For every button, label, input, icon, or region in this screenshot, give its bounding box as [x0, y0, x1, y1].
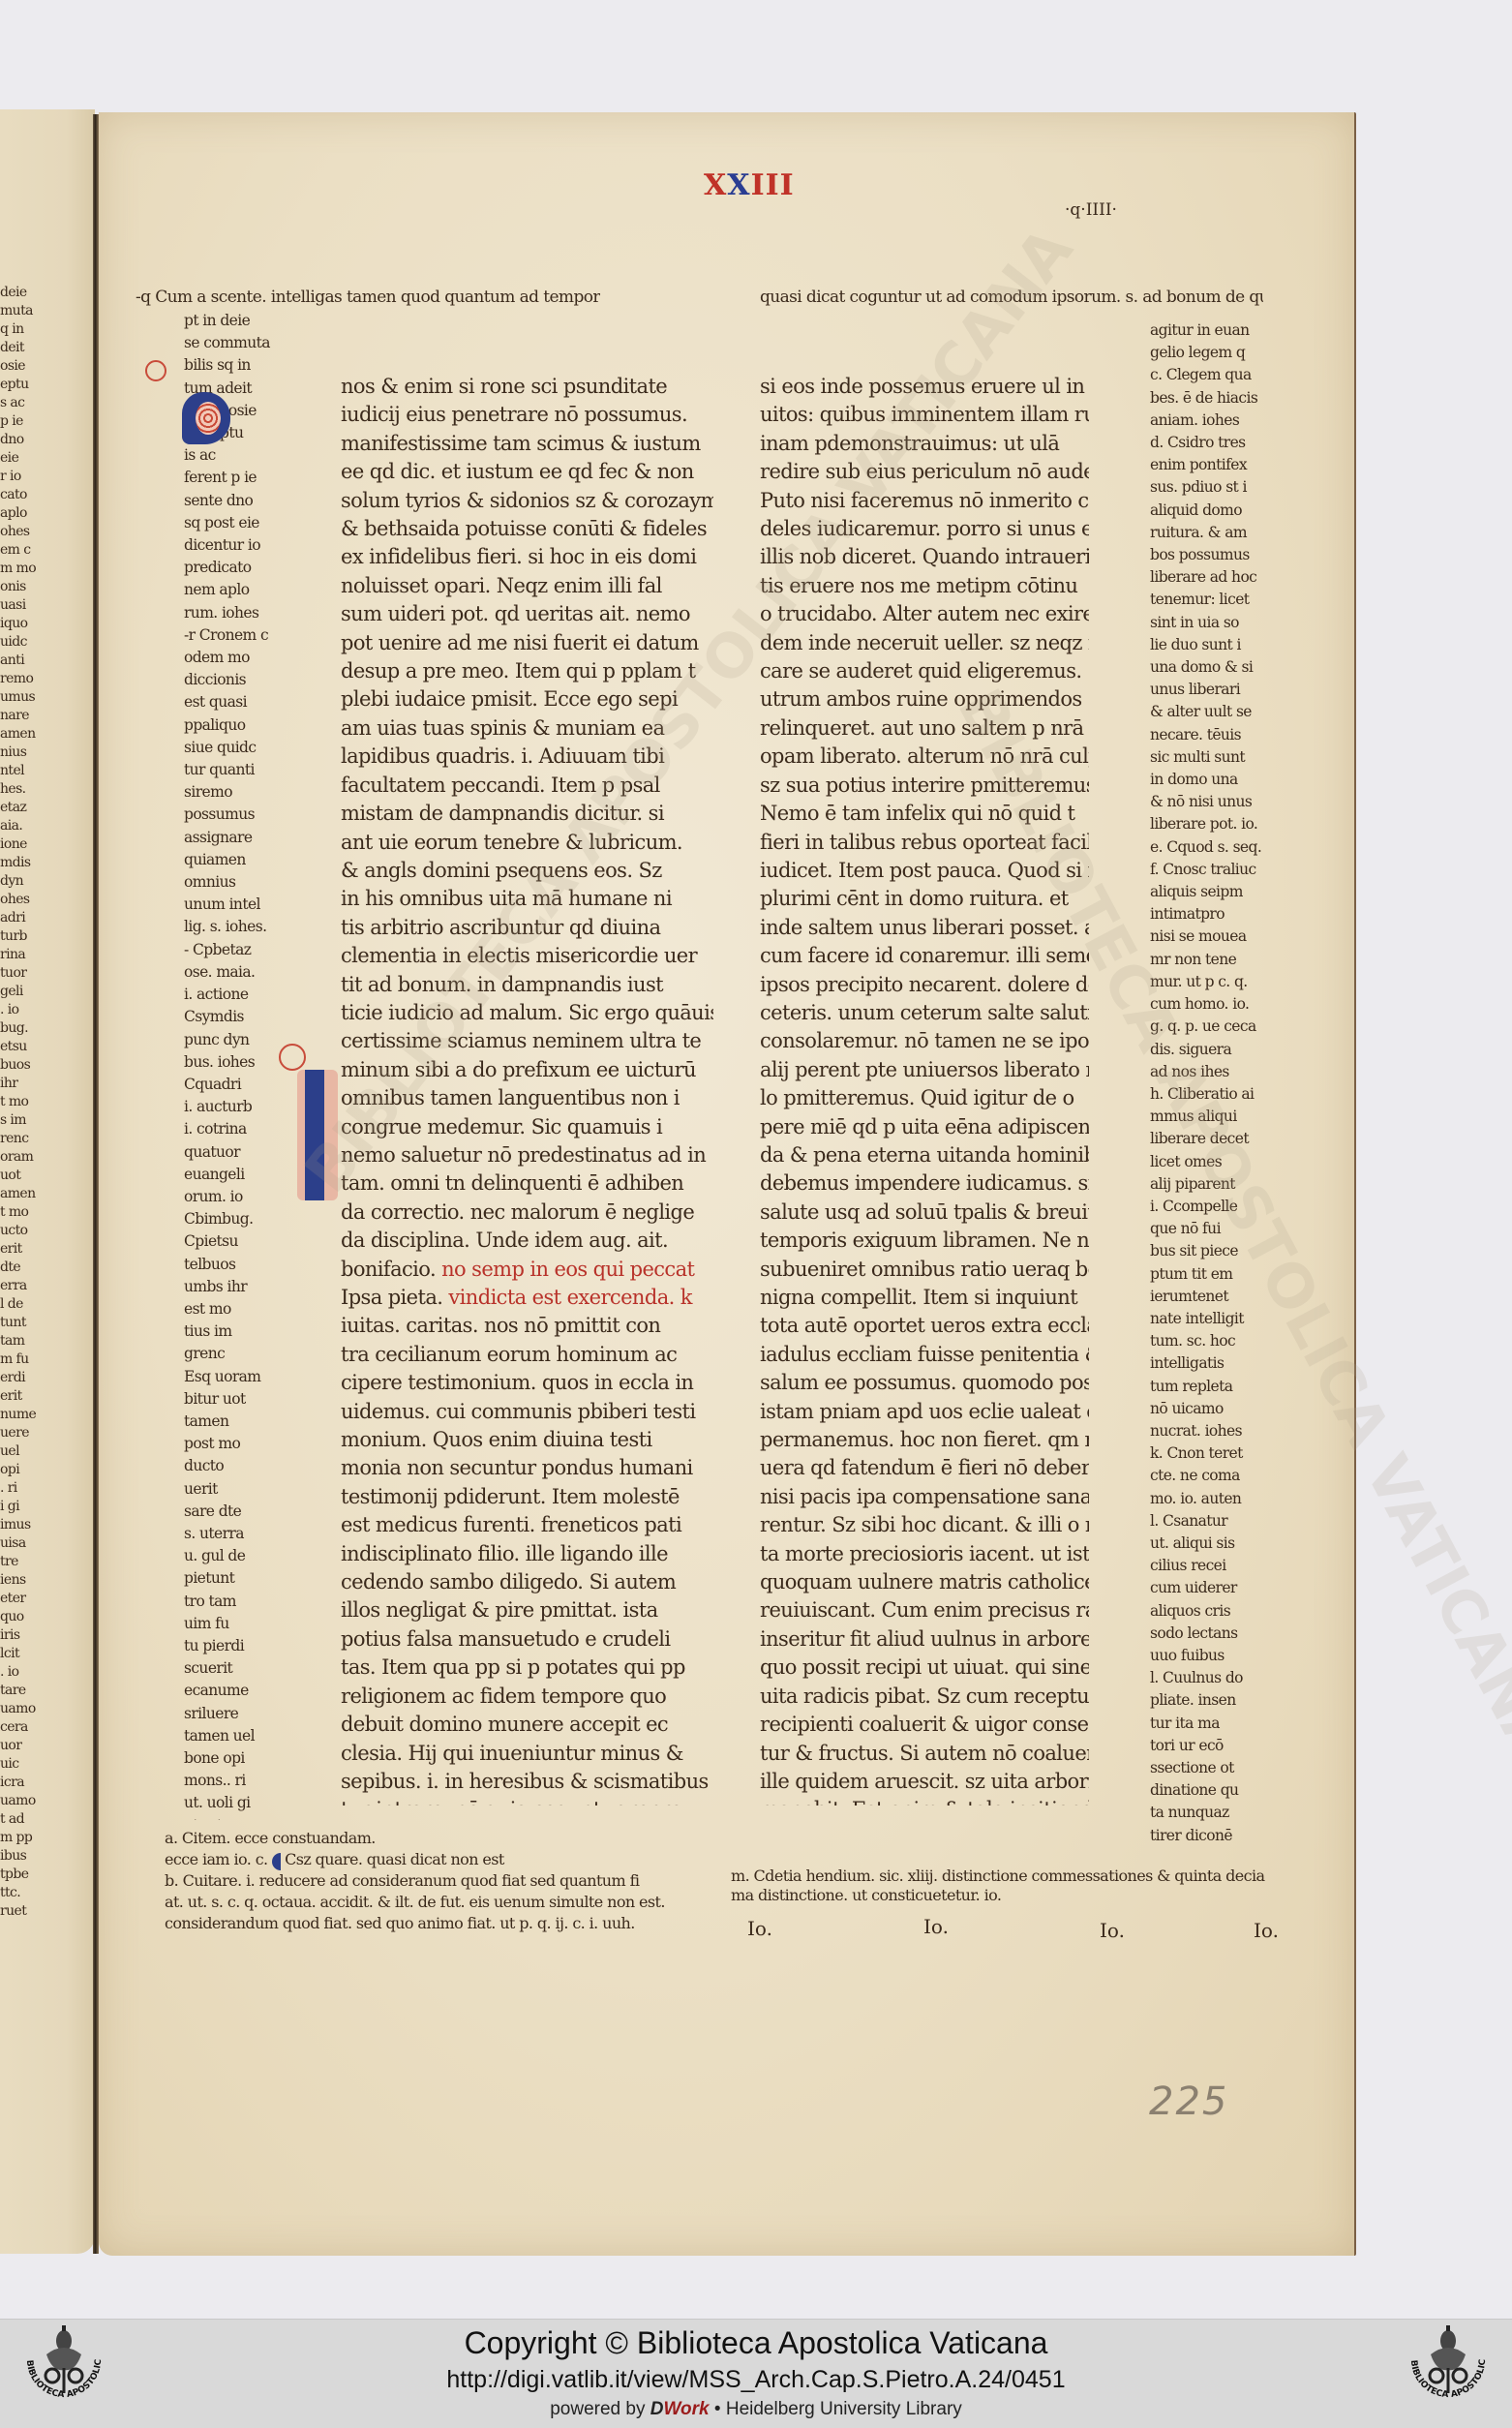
gloss-line: aliquis seipm: [1150, 881, 1264, 903]
facing-text-line: r io: [0, 468, 56, 486]
gloss-line: gelio legem q: [1150, 342, 1264, 364]
facing-text-line: uamo: [0, 1700, 56, 1718]
gloss-line: scuerit: [184, 1657, 290, 1680]
viewer-footer: Copyright © Biblioteca Apostolica Vatica…: [0, 2319, 1512, 2428]
gloss-line: f. Cnosc traliuc: [1150, 859, 1264, 881]
gloss-line: orum. io: [184, 1186, 290, 1208]
facing-page-left: deiemutaq indeitosieeptus acp ie dno eie…: [0, 109, 95, 2254]
facing-text-line: q in: [0, 320, 56, 339]
facing-text-line: buos: [0, 1056, 56, 1075]
gloss-line: nō uicamo: [1150, 1398, 1264, 1420]
gloss-line: ut. aliqui sis: [1150, 1533, 1264, 1555]
facing-text-line: ione: [0, 835, 56, 854]
gloss-m-line-1: m. Cdetia hendium. sic. xliij. distincti…: [731, 1867, 1273, 1886]
gloss-line: odem mo: [184, 647, 290, 669]
gloss-line: siremo: [184, 781, 290, 804]
facing-text-line: tre: [0, 1553, 56, 1571]
text-line: permanemus. hoc non fieret. qm re: [760, 1426, 1089, 1454]
facing-text-line: uor: [0, 1737, 56, 1755]
gloss-line: mr non tene: [1150, 949, 1264, 971]
facing-text-line: i gi: [0, 1498, 56, 1516]
gloss-line: aniam. iohes: [1150, 410, 1264, 432]
facing-text-line: anti: [0, 652, 56, 670]
facing-text-line: uasi: [0, 596, 56, 615]
text-line: illos negligat & pire pmittat. ista: [341, 1596, 713, 1624]
facing-text-line: s im: [0, 1111, 56, 1130]
gloss-line: sus. pdiuo st i: [1150, 476, 1264, 499]
gloss-line: unum intel: [184, 894, 290, 916]
text-line: cipere testimonium. quos in eccla in: [341, 1369, 713, 1397]
facing-text-line: m fu: [0, 1351, 56, 1369]
facing-text-line: em c: [0, 541, 56, 560]
facing-text-line: m pp: [0, 1829, 56, 1847]
facing-text-line: uot: [0, 1167, 56, 1185]
facing-text-line: iens: [0, 1571, 56, 1590]
gloss-line: diccionis: [184, 669, 290, 691]
gloss-line: uerit: [184, 1478, 290, 1501]
text-line: & bethsaida potuisse conūti & fideles: [341, 515, 713, 543]
gloss-line: - Cpbetaz: [184, 939, 290, 961]
vatican-library-seal-right: BIBLIOTECA APOSTOLICA VATICANA: [1404, 2322, 1493, 2426]
gloss-line: nucrat. iohes: [1150, 1420, 1264, 1442]
text-line: bonifacio. no semp in eos qui peccat: [341, 1256, 713, 1284]
text-line: rentur. Sz sibi hoc dicant. & illi o ma: [760, 1511, 1089, 1539]
facing-text-line: uamo: [0, 1792, 56, 1810]
facing-text-line: amen: [0, 1185, 56, 1203]
gloss-line: sriluere: [184, 1703, 290, 1725]
text-line: utrum ambos ruine opprimendos: [760, 685, 1089, 713]
facing-text-line: ruet: [0, 1902, 56, 1921]
text-line: desup a pre meo. Item qui p pplam t: [341, 657, 713, 685]
facing-text-line: s ac: [0, 394, 56, 412]
gloss-a-c-line: ecce iam io. c. Csz quare. quasi dicat n…: [165, 1849, 726, 1870]
gloss-line: tum. sc. hoc: [1150, 1330, 1264, 1352]
facing-text-line: dno: [0, 431, 56, 449]
gloss-line: Cbimbug.: [184, 1208, 290, 1230]
powered-by-line: powered by DWork • Heidelberg University…: [0, 2399, 1512, 2420]
text-line: ipsos precipito necarent. dolere de: [760, 971, 1089, 999]
pencil-folio-number: 225: [1149, 2079, 1228, 2124]
facing-text-line: eie: [0, 449, 56, 468]
facing-text-line: tuor: [0, 964, 56, 983]
facing-text-line: lcit: [0, 1645, 56, 1663]
facing-text-line: . io: [0, 1001, 56, 1019]
facing-text-line: tpbe: [0, 1866, 56, 1884]
gloss-line: tamen uel: [184, 1725, 290, 1747]
gloss-b-line-3: considerandum quod fiat. sed quo animo f…: [165, 1913, 726, 1934]
text-line: monium. Quos enim diuina testi: [341, 1426, 713, 1454]
facing-text-line: quo: [0, 1608, 56, 1626]
text-line: ee qd dic. et iustum ee qd fec & non: [341, 458, 713, 486]
rubric-text: no semp in eos qui peccat: [436, 1258, 694, 1281]
gloss-line: pt in deie: [184, 310, 290, 332]
gloss-line: predicato: [184, 557, 290, 579]
text-line: cum facere id conaremur. illi semet: [760, 942, 1089, 970]
gloss-line: uia simus: [184, 1815, 290, 1820]
facing-text-line: ihr: [0, 1075, 56, 1093]
facing-text-line: iquo: [0, 615, 56, 633]
facing-text-line: uidc: [0, 633, 56, 652]
gloss-line: -r Cronem c: [184, 624, 290, 647]
gloss-line: enim pontifex: [1150, 454, 1264, 476]
gloss-line: aliquid domo: [1150, 500, 1264, 522]
facing-text-line: osie: [0, 357, 56, 376]
gloss-line: l. Cuulnus do: [1150, 1667, 1264, 1689]
facing-text-line: t mo: [0, 1093, 56, 1111]
facing-text-line: dyn: [0, 872, 56, 891]
gloss-line: ecanume: [184, 1680, 290, 1702]
initial-flourish: [145, 360, 166, 381]
gloss-line: dicentur io: [184, 534, 290, 557]
gloss-line: bos possumus: [1150, 544, 1264, 566]
gloss-line: est quasi: [184, 691, 290, 713]
gloss-line: quiamen: [184, 849, 290, 871]
facing-text-line: tare: [0, 1682, 56, 1700]
text-line: nemo saluetur nō predestinatus ad in: [341, 1141, 713, 1169]
gloss-line: ut. uoli gi: [184, 1792, 290, 1814]
gloss-line: e. Cquod s. seq.: [1150, 836, 1264, 859]
gloss-line: u. gul de: [184, 1545, 290, 1567]
gloss-line: unus liberari: [1150, 679, 1264, 701]
gloss-line: tori ur ecō: [1150, 1735, 1264, 1757]
text-line: nigna compellit. Item si inquiunt: [760, 1284, 1089, 1312]
facing-text-line: hes.: [0, 780, 56, 799]
text-line: ille quidem aruescit. sz uita arboris p: [760, 1768, 1089, 1796]
text-line: monia non secuntur pondus humani: [341, 1454, 713, 1482]
facing-text-line: ucto: [0, 1222, 56, 1240]
gloss-line: pliate. insen: [1150, 1689, 1264, 1712]
facing-text-line: iris: [0, 1626, 56, 1645]
folio-mark: ·q·IIII·: [1065, 200, 1117, 220]
gloss-line: ppaliquo: [184, 714, 290, 737]
facing-text-line: tam: [0, 1332, 56, 1351]
gloss-line: sare dte: [184, 1501, 290, 1523]
siglum-4: Io.: [1254, 1919, 1279, 1942]
facing-text-line: cera: [0, 1718, 56, 1737]
facing-text-line: rina: [0, 946, 56, 964]
text-line: religionem ac fidem tempore quo: [341, 1683, 713, 1711]
facing-text-line: nius: [0, 744, 56, 762]
gloss-line: & nō nisi unus: [1150, 791, 1264, 813]
siglum-3: Io.: [1100, 1919, 1125, 1942]
top-gloss-left: -q Cum a scente. intelligas tamen quod q…: [136, 287, 600, 309]
initial-flourish-2: [279, 1044, 306, 1071]
text-line: cedendo sambo diligedo. Si autem: [341, 1568, 713, 1596]
text-line: dem inde neceruit ueller. sz neqz ne: [760, 629, 1089, 657]
gloss-line: bes. ē de hiacis: [1150, 387, 1264, 410]
top-gloss-left-text: -q Cum a scente. intelligas tamen quod q…: [136, 288, 600, 307]
gloss-line: aliquos cris: [1150, 1600, 1264, 1623]
gloss-a: a. Citem. ecce constuandam.: [165, 1828, 726, 1849]
facing-text-line: oram: [0, 1148, 56, 1167]
permalink-url[interactable]: http://digi.vatlib.it/view/MSS_Arch.Cap.…: [0, 2366, 1512, 2394]
text-line: uita radicis pibat. Sz cum receptus: [760, 1683, 1089, 1711]
text-line: ex infidelibus fieri. si hoc in eis domi: [341, 543, 713, 571]
gloss-line: est mo: [184, 1298, 290, 1320]
text-line: potius falsa mansuetudo e crudeli: [341, 1625, 713, 1654]
gloss-line: nisi se mouea: [1150, 926, 1264, 948]
bottom-gloss-left: a. Citem. ecce constuandam. ecce iam io.…: [165, 1828, 726, 1944]
gloss-line: tirer diconē: [1150, 1825, 1264, 1847]
text-line: tra cecilianum eorum hominum ac: [341, 1341, 713, 1369]
facing-text-line: . ri: [0, 1479, 56, 1498]
gloss-line: tro tam: [184, 1591, 290, 1613]
facing-text-line: adri: [0, 909, 56, 927]
gloss-line: ose. maia.: [184, 961, 290, 984]
facing-text-line: erit: [0, 1240, 56, 1259]
dwork-rest: Work: [663, 2399, 709, 2419]
text-line: sum uideri pot. qd ueritas ait. nemo: [341, 600, 713, 628]
text-line: iadulus eccliam fuisse penitentia &: [760, 1341, 1089, 1369]
text-line: recipienti coaluerit & uigor conseq: [760, 1711, 1089, 1739]
facing-text-line: nare: [0, 707, 56, 725]
gloss-line: cilius recei: [1150, 1555, 1264, 1577]
gloss-line: mons.. ri: [184, 1770, 290, 1792]
facing-text-line: uisa: [0, 1534, 56, 1553]
facing-text-line: uel: [0, 1442, 56, 1461]
gloss-line: euangeli: [184, 1164, 290, 1186]
gloss-line: ierumtenet: [1150, 1286, 1264, 1308]
facing-text-line: remo: [0, 670, 56, 688]
gloss-line: tamen: [184, 1411, 290, 1433]
gloss-line: ruitura. & am: [1150, 522, 1264, 544]
gloss-line: ducto: [184, 1455, 290, 1477]
blue-paragraph-mark-icon: [272, 1853, 281, 1870]
facing-text-line: muta: [0, 302, 56, 320]
text-line: ceteris. unum ceterum salte saluti: [760, 999, 1089, 1027]
gloss-line: sente dno: [184, 490, 290, 512]
facing-text-line: ntel: [0, 762, 56, 780]
gloss-line: dinatione qu: [1150, 1779, 1264, 1802]
text-line: salute usq ad soluū tpalis & breuitatis: [760, 1199, 1089, 1227]
gloss-line: umbs ihr: [184, 1276, 290, 1298]
gloss-line: sq post eie: [184, 512, 290, 534]
facing-page-text: deiemutaq indeitosieeptus acp ie dno eie…: [0, 284, 56, 1949]
facing-text-line: nume: [0, 1406, 56, 1424]
text-line: alij perent pte uniuersos liberato nō: [760, 1056, 1089, 1084]
gloss-line: punc dyn: [184, 1029, 290, 1051]
gloss-line: in domo una: [1150, 769, 1264, 791]
facing-text-line: etaz: [0, 799, 56, 817]
gloss-line: tius im: [184, 1320, 290, 1343]
facing-text-line: cato: [0, 486, 56, 504]
facing-text-line: deie: [0, 284, 56, 302]
gloss-b-line-2: at. ut. s. c. q. octaua. accidit. & ilt.…: [165, 1892, 726, 1913]
text-line: nisi pacis ipa compensatione sana: [760, 1483, 1089, 1511]
gloss-line: agitur in euan: [1150, 319, 1264, 342]
text-line: tur & fructus. Si autem nō coaluerit.: [760, 1740, 1089, 1768]
gloss-line: uim fu: [184, 1613, 290, 1635]
facing-text-line: l de: [0, 1295, 56, 1314]
gloss-line: tur ita ma: [1150, 1713, 1264, 1735]
facing-text-line: icra: [0, 1774, 56, 1792]
gloss-line: bilis sq in: [184, 354, 290, 377]
text-line: solum tyrios & sidonios sz & corozaym: [341, 487, 713, 515]
dwork-logo[interactable]: DWork: [650, 2399, 710, 2419]
header-numeral-red-2: III: [751, 168, 795, 202]
gloss-line: k. Cnon teret: [1150, 1442, 1264, 1465]
gloss-line: assignare: [184, 827, 290, 849]
gloss-b-line-1: b. Cuitare. i. reducere ad consideranum …: [165, 1870, 726, 1892]
text-line: lo pmitteremus. Quid igitur de o: [760, 1084, 1089, 1112]
text-line: manifestissime tam scimus & iustum: [341, 430, 713, 458]
gloss-line: sodo lectans: [1150, 1623, 1264, 1645]
rubric-text: vindicta est exercenda. k: [442, 1286, 692, 1309]
facing-text-line: ttc.: [0, 1884, 56, 1902]
facing-text-line: mdis: [0, 854, 56, 872]
gloss-line: lie duo sunt i: [1150, 634, 1264, 656]
gloss-line: nate intelligit: [1150, 1308, 1264, 1330]
text-line: debuit domino munere accepit ec: [341, 1711, 713, 1739]
text-line: relinqueret. aut uno saltem p nrā: [760, 714, 1089, 743]
text-line: noluisset opari. Neqz enim illi fal: [341, 572, 713, 600]
text-line: temporis exiguum libramen. Ne nos: [760, 1227, 1089, 1255]
facing-text-line: m mo: [0, 560, 56, 578]
gloss-line: necare. tēuis: [1150, 724, 1264, 746]
text-line: iuitas. caritas. nos nō pmittit con: [341, 1312, 713, 1340]
facing-text-line: . io: [0, 1663, 56, 1682]
gloss-line: cum uiderer: [1150, 1577, 1264, 1599]
powered-suffix: • Heidelberg University Library: [710, 2399, 962, 2419]
facing-text-line: etsu: [0, 1038, 56, 1056]
facing-text-line: aia.: [0, 817, 56, 835]
header-numeral-blue: X: [727, 168, 750, 202]
text-line: debemus impendere iudicamus. si p: [760, 1169, 1089, 1198]
text-line: tit ad bonum. in dampnandis iust: [341, 971, 713, 999]
gloss-line: tu pierdi: [184, 1635, 290, 1657]
gloss-line: bus. iohes: [184, 1051, 290, 1074]
gloss-line: pietunt: [184, 1567, 290, 1590]
gloss-line: & alter uult se: [1150, 701, 1264, 723]
gloss-c: Csz quare. quasi dicat non est: [285, 1850, 504, 1868]
text-line: manebit. Est enim & tale insitiendi: [760, 1796, 1089, 1806]
gloss-line: s. uterra: [184, 1523, 290, 1545]
text-line: inde saltem unus liberari posset. ap: [760, 914, 1089, 942]
gloss-line: Cpietsu: [184, 1230, 290, 1253]
gloss-line: quatuor: [184, 1141, 290, 1164]
gloss-line: sint in uia so: [1150, 612, 1264, 634]
gloss-line: c. Clegem qua: [1150, 364, 1264, 386]
gloss-line: i. actione: [184, 984, 290, 1006]
gloss-line: liberare ad hoc: [1150, 566, 1264, 589]
facing-text-line: imus: [0, 1516, 56, 1534]
facing-text-line: t ad: [0, 1810, 56, 1829]
text-line: reuiuiscant. Cum enim precisus ramus: [760, 1596, 1089, 1624]
facing-text-line: uere: [0, 1424, 56, 1442]
facing-text-line: tunt: [0, 1314, 56, 1332]
text-line: da & pena eterna uitanda hominibus: [760, 1141, 1089, 1169]
text-line: quo possit recipi ut uiuat. qui sine: [760, 1654, 1089, 1682]
gloss-line: possumus: [184, 804, 290, 826]
gloss-line: tur quanti: [184, 759, 290, 781]
decorated-initial-d: [182, 392, 230, 444]
gloss-line: mo. io. auten: [1150, 1488, 1264, 1510]
gloss-line: is ac: [184, 444, 290, 467]
gloss-a-cont: ecce iam io. c.: [165, 1850, 268, 1868]
vatican-library-seal-left: BIBLIOTECA APOSTOLICA VATICANA: [19, 2322, 108, 2426]
facing-text-line: bug.: [0, 1019, 56, 1038]
header-numeral-red: X: [704, 168, 727, 202]
facing-text-line: erdi: [0, 1369, 56, 1387]
powered-prefix: powered by: [550, 2399, 650, 2419]
facing-text-line: ohes: [0, 891, 56, 909]
text-line: pot uenire ad me nisi fuerit ei datum: [341, 629, 713, 657]
gloss-line: uuo fuibus: [1150, 1645, 1264, 1667]
gloss-line: lig. s. iohes.: [184, 916, 290, 938]
papal-coat-of-arms-icon: BIBLIOTECA APOSTOLICA VATICANA: [1404, 2322, 1493, 2426]
gloss-line: telbuos: [184, 1254, 290, 1276]
gloss-line: post mo: [184, 1433, 290, 1455]
text-line: tas. Item qua pp si p potates qui pp: [341, 1654, 713, 1682]
facing-text-line: eter: [0, 1590, 56, 1608]
text-line: pere miē qd p uita eēna adipiscen: [760, 1113, 1089, 1141]
text-line: istam pniam apd uos eclie ualeat epī: [760, 1398, 1089, 1426]
gloss-line: bone opi: [184, 1747, 290, 1770]
facing-text-line: umus: [0, 688, 56, 707]
text-line: salum ee possumus. quomodo post: [760, 1369, 1089, 1397]
facing-text-line: ibus: [0, 1847, 56, 1866]
text-line: iudicij eius penetrare nō possumus.: [341, 401, 713, 429]
gloss-line: tum repleta: [1150, 1376, 1264, 1398]
gloss-line: i. aucturb: [184, 1096, 290, 1118]
gloss-line: ore uuluera: [1150, 1847, 1264, 1849]
gloss-line: Csymdis: [184, 1006, 290, 1028]
text-line: indisciplinato filio. ille ligando ille: [341, 1540, 713, 1568]
text-line: quoquam uulnere matris catholice: [760, 1568, 1089, 1596]
gloss-line: omnius: [184, 871, 290, 894]
text-line: consolaremur. nō tamen ne se ipos: [760, 1027, 1089, 1055]
gloss-line: intelligatis: [1150, 1352, 1264, 1375]
gloss-line: ferent p ie: [184, 467, 290, 489]
facing-text-line: ohes: [0, 523, 56, 541]
gloss-line: nem aplo: [184, 579, 290, 601]
gloss-m-line-2: ma distinctione. ut consticuetetur. io.: [731, 1886, 1273, 1905]
left-gloss-column: pt in deiese commutabilis sq intum adeit…: [184, 310, 290, 1820]
text-line: tam. omni tn delinquenti ē adhiben: [341, 1169, 713, 1198]
dwork-d: D: [650, 2399, 664, 2419]
facing-text-line: p ie: [0, 412, 56, 431]
text-line: ticie iudicio ad malum. Sic ergo quāuis: [341, 999, 713, 1027]
gloss-line: intimatpro: [1150, 903, 1264, 926]
gloss-line: ta nunquaz: [1150, 1802, 1264, 1824]
text-line: uera qd fatendum ē fieri nō deberet.: [760, 1454, 1089, 1482]
gloss-line: bitur uot: [184, 1388, 290, 1411]
text-line: est medicus furenti. freneticos pati: [341, 1511, 713, 1539]
text-line: sepibus. i. in heresibus & scismatibus c…: [341, 1768, 713, 1796]
text-line: da correctio. nec malorum ē neglige: [341, 1199, 713, 1227]
gloss-line: i. cotrina: [184, 1118, 290, 1140]
siglum-1: Io.: [747, 1917, 772, 1940]
gloss-line: una domo & si: [1150, 656, 1264, 679]
facing-text-line: uic: [0, 1755, 56, 1774]
gloss-line: sic multi sunt: [1150, 746, 1264, 769]
gloss-line: Esq uoram: [184, 1366, 290, 1388]
gloss-line: tenemur: licet: [1150, 589, 1264, 611]
facing-text-line: amen: [0, 725, 56, 744]
facing-text-line: dte: [0, 1259, 56, 1277]
gloss-line: d. Csidro tres: [1150, 432, 1264, 454]
text-line: tur intrare. nō quia coguntur repre: [341, 1796, 713, 1806]
facing-text-line: erit: [0, 1387, 56, 1406]
text-line: nos & enim si rone sci psunditate: [341, 373, 713, 401]
facing-text-line: deit: [0, 339, 56, 357]
gloss-line: liberare pot. io.: [1150, 813, 1264, 835]
facing-text-line: onis: [0, 578, 56, 596]
bottom-gloss-right: m. Cdetia hendium. sic. xliij. distincti…: [731, 1867, 1273, 1915]
facing-text-line: eptu: [0, 376, 56, 394]
siglum-2: Io.: [923, 1915, 949, 1938]
facing-text-line: t mo: [0, 1203, 56, 1222]
